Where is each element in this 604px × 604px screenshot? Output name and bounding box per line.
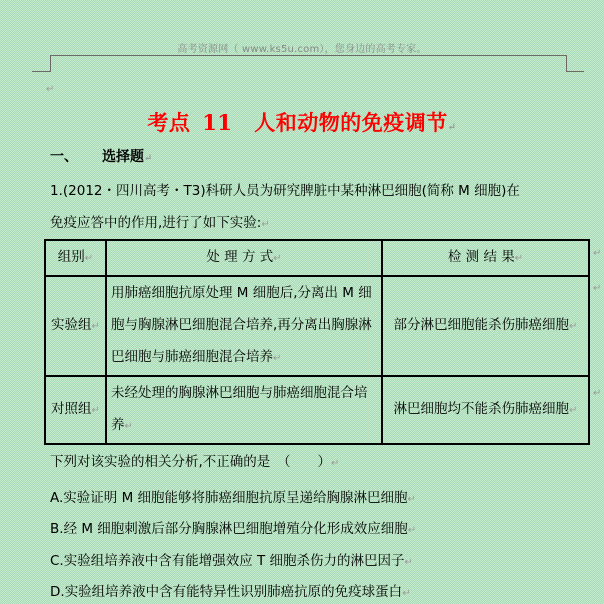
option-label: B. bbox=[50, 521, 64, 537]
paragraph-mark-icon: ↵ bbox=[408, 494, 416, 505]
title-prefix: 考点 bbox=[147, 110, 190, 135]
paragraph-mark-icon: ↵ bbox=[144, 153, 152, 164]
question-stem-line-1: 1.(2012・四川高考・T3)科研人员为研究脾脏中某种淋巴细胞(简称 M 细胞… bbox=[50, 179, 520, 199]
cell-method: 未经处理的胸腺淋巴细胞与肺癌细胞混合培养↵ bbox=[106, 376, 382, 444]
header-method: 处 理 方 式↵ bbox=[106, 240, 382, 276]
paragraph-mark-icon: ↵ bbox=[331, 458, 339, 469]
question-stem-line-2: 免疫应答中的作用,进行了如下实验:↵ bbox=[50, 211, 270, 231]
title-number: 11 bbox=[202, 110, 232, 135]
table-row: 实验组↵ 用肺癌细胞抗原处理 M 细胞后,分离出 M 细胞与胸腺淋巴细胞混合培养… bbox=[45, 276, 589, 376]
cell-result: 部分淋巴细胞能杀伤肺癌细胞↵ bbox=[382, 276, 589, 376]
cell-group: 对照组↵ bbox=[45, 376, 106, 444]
paragraph-mark-icon: ↵ bbox=[46, 84, 54, 95]
option-label: A. bbox=[50, 490, 63, 506]
paragraph-mark-icon: ↵ bbox=[593, 248, 601, 259]
experiment-table: 组别↵ 处 理 方 式↵ 检 测 结 果↵ 实验组↵ 用肺癌细胞抗原处理 M 细… bbox=[44, 239, 590, 445]
option-text: 实验组培养液中含有能增强效应 T 细胞杀伤力的淋巴因子 bbox=[64, 553, 405, 569]
paragraph-mark-icon: ↵ bbox=[408, 525, 416, 536]
header-rule-left-tail bbox=[32, 71, 51, 72]
cell-method: 用肺癌细胞抗原处理 M 细胞后,分离出 M 细胞与胸腺淋巴细胞混合培养,再分离出… bbox=[106, 276, 382, 376]
paragraph-mark-icon: ↵ bbox=[402, 588, 410, 599]
option-c: C.实验组培养液中含有能增强效应 T 细胞杀伤力的淋巴因子↵ bbox=[50, 549, 413, 569]
question-prompt-text: 下列对该实验的相关分析,不正确的是 （ ） bbox=[50, 454, 331, 470]
option-label: C. bbox=[50, 553, 64, 569]
option-text: 实验证明 M 细胞能够将肺癌细胞抗原呈递给胸腺淋巴细胞 bbox=[63, 490, 407, 506]
option-label: D. bbox=[50, 584, 65, 600]
header-group: 组别↵ bbox=[45, 240, 106, 276]
paragraph-mark-icon: ↵ bbox=[593, 283, 601, 294]
header-rule-left-step bbox=[50, 55, 51, 71]
cell-result: 淋巴细胞均不能杀伤肺癌细胞↵ bbox=[382, 376, 589, 444]
section-label: 选择题 bbox=[102, 149, 144, 165]
option-a: A.实验证明 M 细胞能够将肺癌细胞抗原呈递给胸腺淋巴细胞↵ bbox=[50, 486, 416, 506]
table-header-row: 组别↵ 处 理 方 式↵ 检 测 结 果↵ bbox=[45, 240, 589, 276]
option-d: D.实验组培养液中含有能特异性识别肺癌抗原的免疫球蛋白↵ bbox=[50, 580, 411, 600]
title-text: 人和动物的免疫调节 bbox=[254, 110, 448, 135]
paragraph-mark-icon: ↵ bbox=[593, 388, 601, 399]
paragraph-mark-icon: ↵ bbox=[405, 557, 413, 568]
section-number: 一、 bbox=[50, 149, 78, 165]
question-stem-line-2-text: 免疫应答中的作用,进行了如下实验: bbox=[50, 215, 261, 231]
paragraph-mark-icon: ↵ bbox=[261, 219, 269, 230]
header-rule-right-tail bbox=[566, 71, 584, 72]
question-prompt: 下列对该实验的相关分析,不正确的是 （ ）↵ bbox=[50, 450, 339, 470]
table-row: 对照组↵ 未经处理的胸腺淋巴细胞与肺癌细胞混合培养↵ 淋巴细胞均不能杀伤肺癌细胞… bbox=[45, 376, 589, 444]
section-heading: 一、选择题↵ bbox=[50, 146, 152, 166]
page-header-text: 高考资源网（ www.ks5u.com），您身边的高考专家。 bbox=[0, 40, 604, 55]
option-text: 经 M 细胞刺激后部分胸腺淋巴细胞增殖分化形成效应细胞 bbox=[64, 521, 408, 537]
document-title: 考点 11 人和动物的免疫调节↵ bbox=[0, 107, 604, 137]
paragraph-mark-icon: ↵ bbox=[448, 122, 457, 133]
option-text: 实验组培养液中含有能特异性识别肺癌抗原的免疫球蛋白 bbox=[65, 584, 403, 600]
cell-group: 实验组↵ bbox=[45, 276, 106, 376]
option-b: B.经 M 细胞刺激后部分胸腺淋巴细胞增殖分化形成效应细胞↵ bbox=[50, 517, 416, 537]
header-rule-right-step bbox=[566, 55, 567, 71]
header-rule bbox=[50, 55, 566, 56]
header-result: 检 测 结 果↵ bbox=[382, 240, 589, 276]
